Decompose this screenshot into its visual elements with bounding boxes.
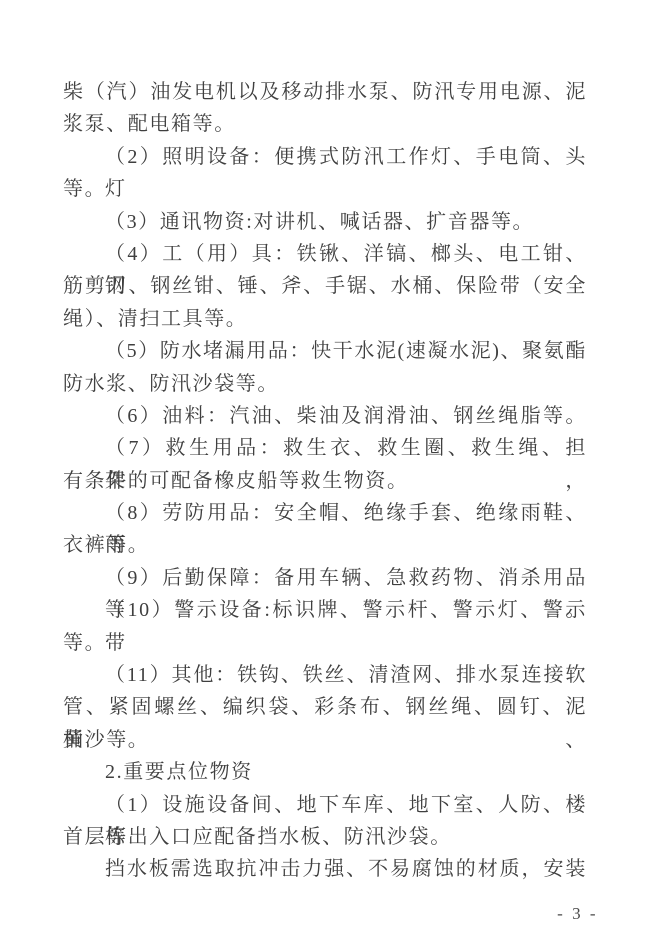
text-line: 防水浆、防汛沙袋等。 [63, 368, 587, 400]
text-line: 管、紧固螺丝、编织袋、彩条布、钢丝绳、圆钉、泥桶、 [63, 691, 587, 723]
text-line-item-5: （5）防水堵漏用品：快干水泥(速凝水泥)、聚氨酯 [63, 335, 587, 367]
text-line-item-4: （4）工（用）具：铁锹、洋镐、榔头、电工钳、钢 [63, 238, 587, 270]
document-page: 柴（汽）油发电机以及移动排水泵、防汛专用电源、泥 浆泵、配电箱等。 （2）照明设… [0, 0, 650, 948]
text-line-item-2: （2）照明设备：便携式防汛工作灯、手电筒、头灯 [63, 141, 587, 173]
text-line: 绳）、清扫工具等。 [63, 303, 587, 335]
text-line-item-8: （8）劳防用品：安全帽、绝缘手套、绝缘雨鞋、雨 [63, 497, 587, 529]
text-line-item-10: （10）警示设备:标识牌、警示杆、警示灯、警示带 [63, 594, 587, 626]
text-line: 柴（汽）油发电机以及移动排水泵、防汛专用电源、泥 [63, 76, 587, 108]
text-line: 挡水板需选取抗冲击力强、不易腐蚀的材质，安装 [63, 853, 587, 885]
text-line: 浆泵、配电箱等。 [63, 108, 587, 140]
text-line: 等。 [63, 173, 587, 205]
page-number: - 3 - [557, 902, 598, 926]
section-heading: 2.重要点位物资 [63, 756, 587, 788]
text-line-item-3: （3）通讯物资:对讲机、喊话器、扩音器等。 [63, 206, 587, 238]
text-line-item-11: （11）其他：铁钩、铁丝、清渣网、排水泵连接软 [63, 659, 587, 691]
text-line-item-7: （7）救生用品：救生衣、救生圈、救生绳、担架， [63, 432, 587, 464]
text-line: 等。 [63, 627, 587, 659]
document-body: 柴（汽）油发电机以及移动排水泵、防汛专用电源、泥 浆泵、配电箱等。 （2）照明设… [63, 76, 587, 886]
text-line: 衣裤等。 [63, 529, 587, 561]
text-line: 首层等出入口应配备挡水板、防汛沙袋。 [63, 821, 587, 853]
text-line-item-9: （9）后勤保障：备用车辆、急救药物、消杀用品等。 [63, 562, 587, 594]
text-line-item-6: （6）油料：汽油、柴油及润滑油、钢丝绳脂等。 [63, 400, 587, 432]
text-line: 筋剪刀、钢丝钳、锤、斧、手锯、水桶、保险带（安全 [63, 270, 587, 302]
text-line-item-1: （1）设施设备间、地下车库、地下室、人防、楼栋 [63, 789, 587, 821]
